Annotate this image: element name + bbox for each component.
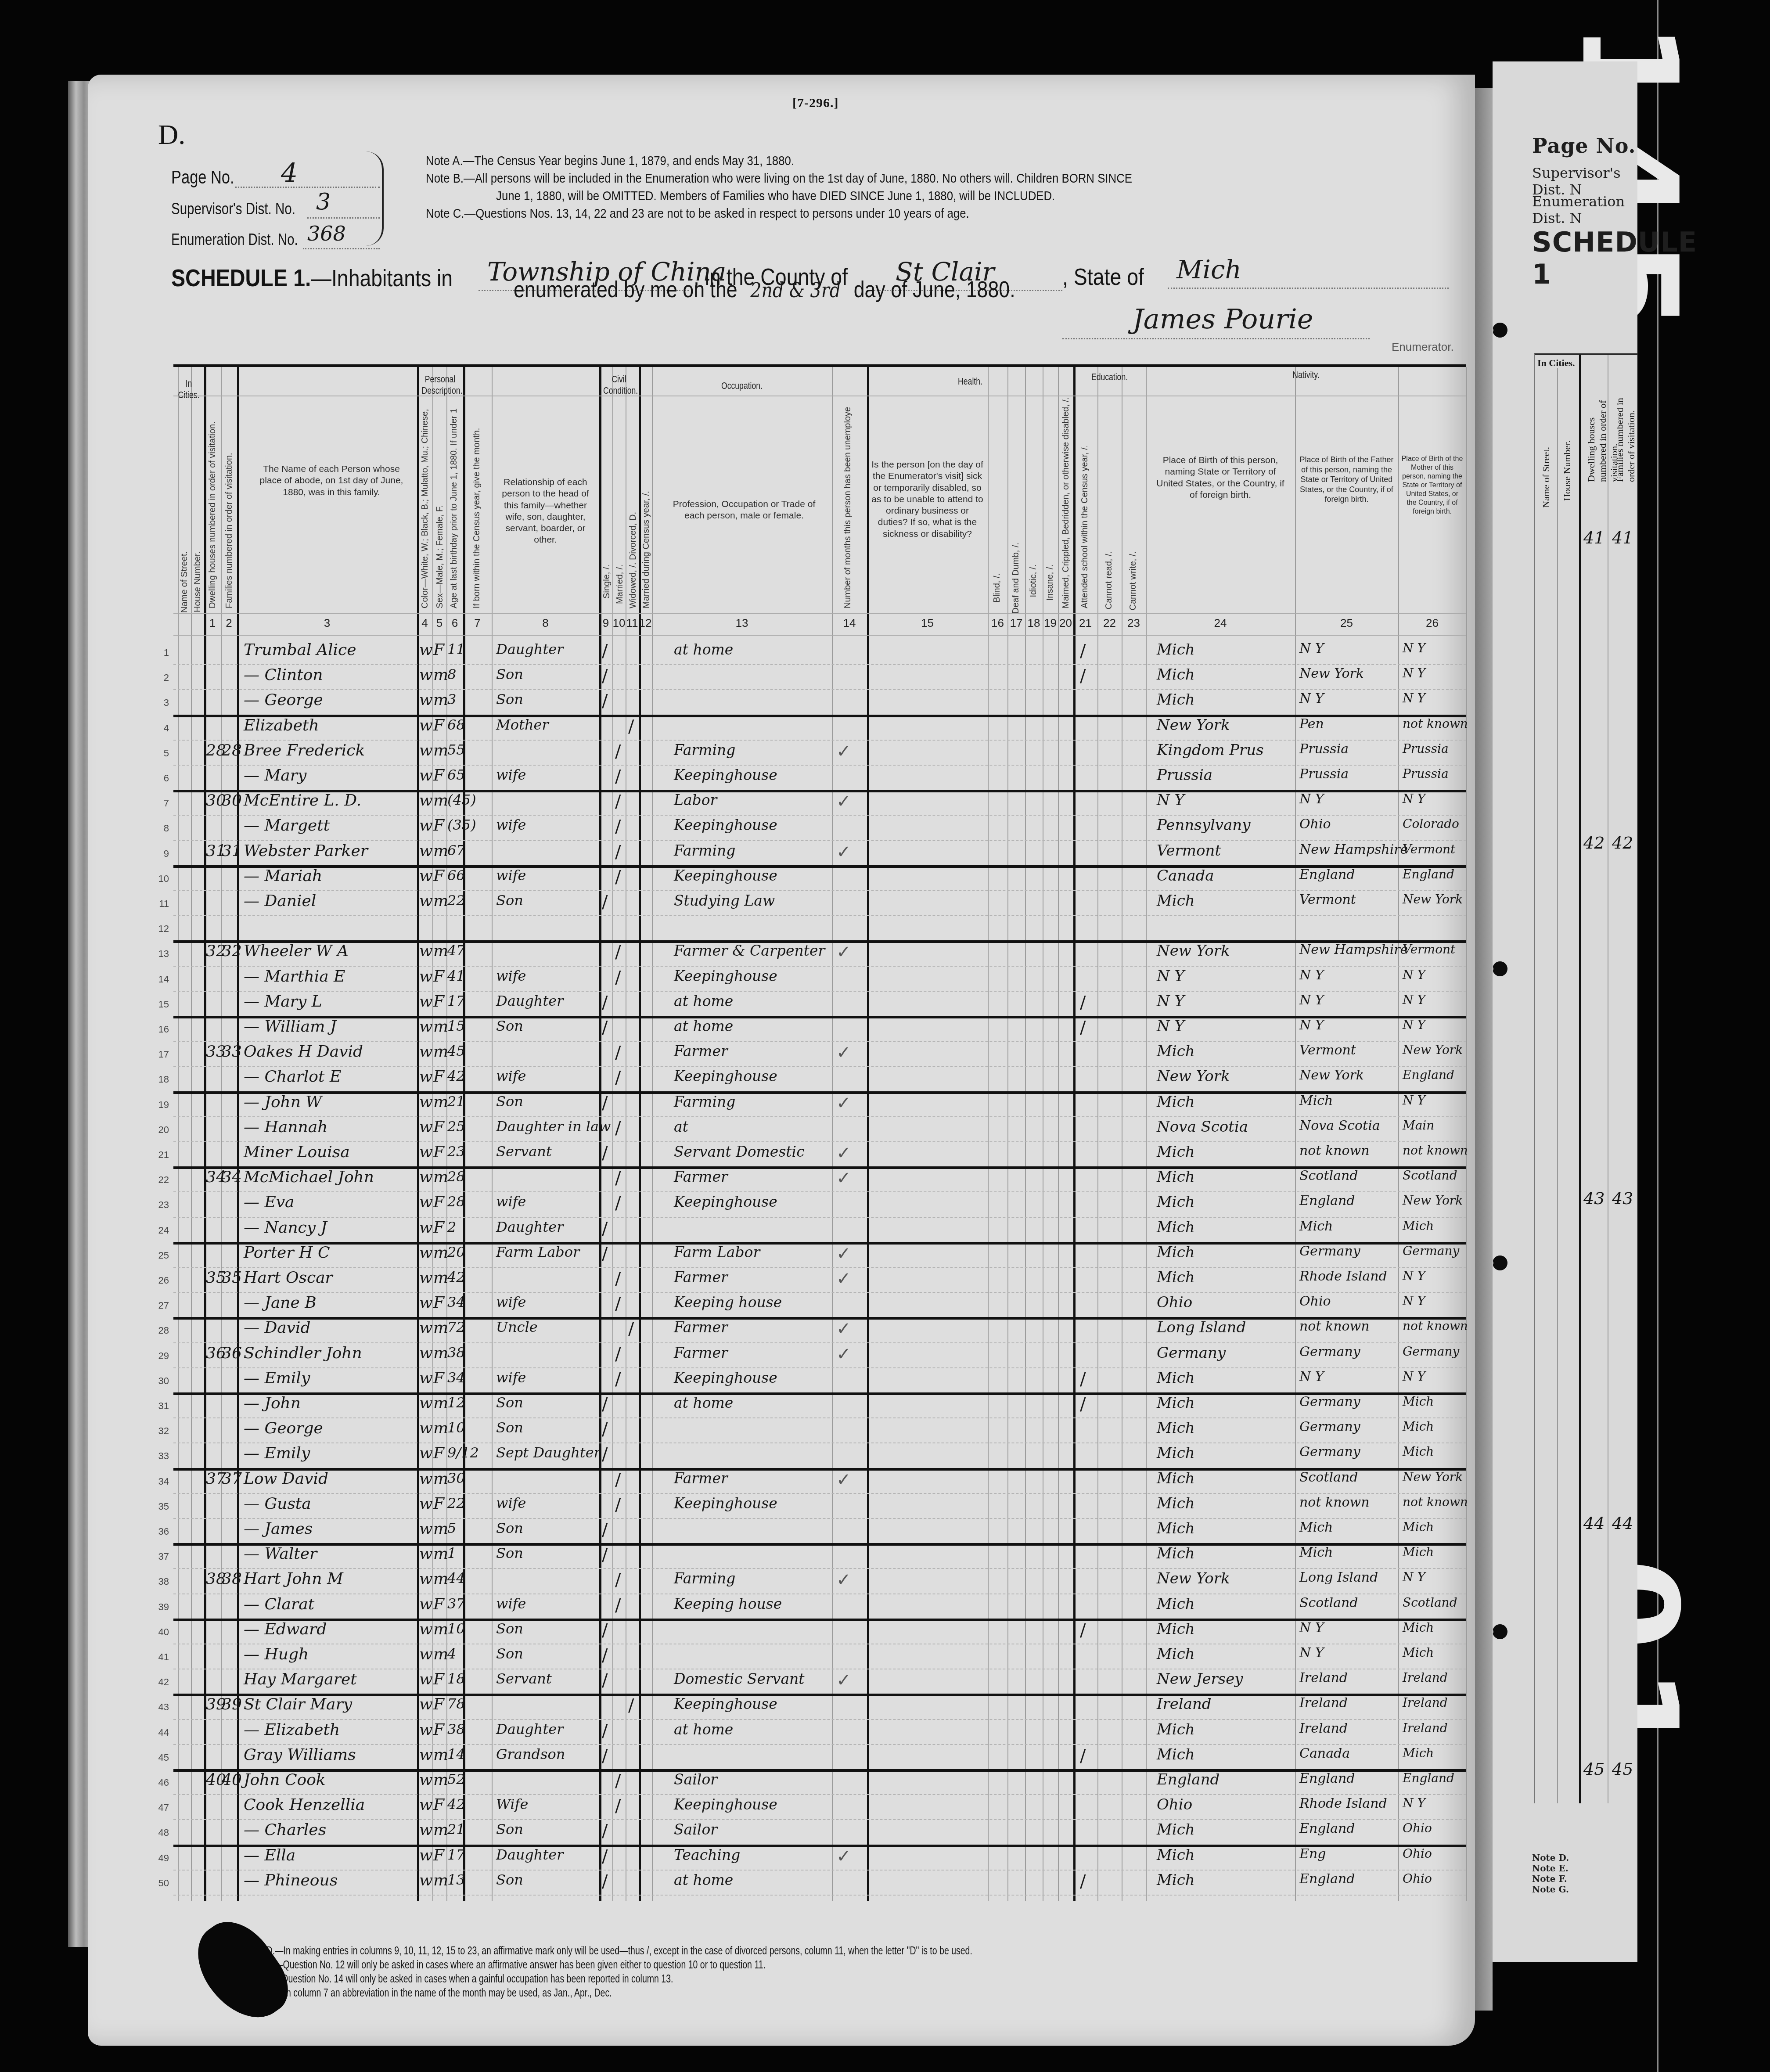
table-row: 45 Gray Williams w m 14 Grandson / / Mic… bbox=[173, 1744, 1466, 1770]
table-row: 33 — Emily w F 9/12 Sept Daughter / Mich… bbox=[173, 1442, 1466, 1468]
occupation: Keepinghouse bbox=[674, 1495, 777, 1512]
relationship: Uncle bbox=[496, 1319, 538, 1335]
row-number: 17 bbox=[154, 1049, 169, 1060]
father-birthplace: N Y bbox=[1299, 1369, 1324, 1385]
father-birthplace: Prussia bbox=[1299, 766, 1349, 782]
birthplace: Mich bbox=[1157, 1846, 1195, 1864]
color: w bbox=[419, 1369, 433, 1387]
mother-birthplace: not known bbox=[1403, 1319, 1468, 1333]
color: w bbox=[419, 1470, 433, 1488]
state-value: Mich bbox=[1176, 255, 1241, 284]
relationship: wife bbox=[496, 1193, 526, 1210]
age: 3 bbox=[447, 691, 456, 708]
father-birthplace: Germany bbox=[1299, 1419, 1360, 1435]
unemployed-check: ✓ bbox=[836, 1143, 851, 1163]
person-name: — George bbox=[244, 691, 323, 709]
father-birthplace: N Y bbox=[1299, 993, 1324, 1008]
age: 65 bbox=[447, 766, 465, 783]
married-mark: / bbox=[615, 766, 621, 787]
age: 12 bbox=[447, 1394, 465, 1411]
color: w bbox=[419, 1219, 433, 1237]
father-birthplace: New Hampshire bbox=[1299, 842, 1408, 857]
mother-birthplace: Mich bbox=[1403, 1746, 1434, 1760]
person-name: McEntire L. D. bbox=[244, 791, 361, 809]
occupation: Farmer bbox=[674, 1043, 728, 1060]
relationship: Son bbox=[496, 691, 523, 708]
age: 68 bbox=[447, 716, 465, 733]
father-birthplace: Prussia bbox=[1299, 741, 1349, 757]
relationship: Wife bbox=[496, 1796, 528, 1813]
mother-birthplace: Vermont bbox=[1403, 942, 1455, 957]
row-number: 45 bbox=[154, 1752, 169, 1763]
relationship: Son bbox=[496, 1520, 523, 1536]
unemployed-check: ✓ bbox=[836, 842, 851, 862]
birthplace: New Jersey bbox=[1157, 1670, 1243, 1688]
birthplace: Mich bbox=[1157, 1645, 1195, 1663]
enumeration-label: Enumeration Dist. No. bbox=[171, 230, 298, 249]
relationship: wife bbox=[496, 1595, 526, 1612]
table-row: 1 Trumbal Alice w F 11 Daughter / at hom… bbox=[173, 639, 1466, 665]
birthplace: Mich bbox=[1157, 1871, 1195, 1889]
widowed-mark: / bbox=[628, 1695, 634, 1716]
mother-birthplace: England bbox=[1403, 1068, 1454, 1082]
row-number: 35 bbox=[154, 1501, 169, 1512]
father-birthplace: Ireland bbox=[1299, 1721, 1348, 1736]
age: 22 bbox=[447, 892, 465, 909]
unemployed-check: ✓ bbox=[836, 1168, 851, 1188]
sex: F bbox=[433, 716, 444, 734]
relationship: Son bbox=[496, 1620, 523, 1637]
relationship: Son bbox=[496, 1018, 523, 1034]
age: 21 bbox=[447, 1821, 465, 1838]
school-mark: / bbox=[1080, 666, 1086, 686]
person-name: — Gusta bbox=[244, 1495, 311, 1513]
family-number: 32 bbox=[222, 942, 242, 960]
relationship: wife bbox=[496, 817, 526, 833]
sex: F bbox=[433, 641, 444, 659]
color: w bbox=[419, 1093, 433, 1111]
right-family-entry: 42 bbox=[1612, 833, 1633, 853]
sex: m bbox=[433, 791, 448, 809]
age: 21 bbox=[447, 1093, 465, 1110]
sex: F bbox=[433, 968, 444, 986]
occupation: at home bbox=[674, 641, 733, 658]
single-mark: / bbox=[602, 1394, 608, 1414]
mother-birthplace: New York bbox=[1403, 892, 1463, 906]
father-birthplace: England bbox=[1299, 1871, 1355, 1887]
col-1-dwelling: Dwelling houses numbered in order of vis… bbox=[208, 420, 218, 608]
note-a: Note A.—The Census Year begins June 1, 1… bbox=[426, 154, 794, 169]
mother-birthplace: New York bbox=[1403, 1193, 1463, 1208]
color: w bbox=[419, 1721, 433, 1739]
right-dwelling-entry: 45 bbox=[1583, 1759, 1605, 1779]
single-mark: / bbox=[602, 1645, 608, 1666]
occupation: Keeping house bbox=[674, 1294, 782, 1311]
unemployed-check: ✓ bbox=[836, 1570, 851, 1590]
single-mark: / bbox=[602, 1846, 608, 1867]
age: 18 bbox=[447, 1670, 465, 1687]
person-name: St Clair Mary bbox=[244, 1695, 352, 1713]
unemployed-check: ✓ bbox=[836, 1269, 851, 1289]
occupation: Sailor bbox=[674, 1771, 717, 1788]
father-birthplace: N Y bbox=[1299, 641, 1324, 656]
birthplace: Mich bbox=[1157, 1470, 1195, 1487]
birthplace: Mich bbox=[1157, 1168, 1195, 1186]
unemployed-check: ✓ bbox=[836, 1344, 851, 1364]
table-row: 14 — Marthia E w F 41 wife / Keepinghous… bbox=[173, 966, 1466, 991]
row-number: 38 bbox=[154, 1576, 169, 1587]
single-mark: / bbox=[602, 666, 608, 686]
family-number: 39 bbox=[222, 1695, 242, 1713]
person-name: — Edward bbox=[244, 1620, 327, 1638]
unemployed-check: ✓ bbox=[836, 1043, 851, 1063]
col-9-single: Single, /. bbox=[602, 565, 612, 599]
father-birthplace: N Y bbox=[1299, 1620, 1324, 1636]
unemployed-check: ✓ bbox=[836, 942, 851, 962]
table-row: 48 — Charles w m 21 Son / Sailor Mich En… bbox=[173, 1819, 1466, 1845]
birthplace: Mich bbox=[1157, 1419, 1195, 1437]
person-name: — John W bbox=[244, 1093, 322, 1111]
col-16-blind: Blind, /. bbox=[992, 573, 1002, 603]
mother-birthplace: New York bbox=[1403, 1470, 1463, 1484]
occupation: Farming bbox=[674, 1570, 735, 1587]
occupation: Keepinghouse bbox=[674, 1068, 777, 1085]
relationship: Son bbox=[496, 892, 523, 909]
occupation: Servant Domestic bbox=[674, 1143, 805, 1160]
age: 23 bbox=[447, 1143, 465, 1160]
sex: m bbox=[433, 1344, 448, 1362]
right-enumeration-label: Enumeration Dist. N bbox=[1532, 193, 1637, 227]
color: w bbox=[419, 1143, 433, 1161]
relationship: Daughter bbox=[496, 993, 564, 1009]
mother-birthplace: New York bbox=[1403, 1043, 1463, 1057]
widowed-mark: / bbox=[628, 1319, 634, 1339]
color: w bbox=[419, 1871, 433, 1889]
right-dwelling-entry: 43 bbox=[1583, 1189, 1605, 1208]
color: w bbox=[419, 666, 433, 684]
mother-birthplace: N Y bbox=[1403, 1369, 1425, 1384]
col-18-idiotic: Idiotic, /. bbox=[1029, 565, 1039, 597]
mother-birthplace: N Y bbox=[1403, 1093, 1425, 1108]
mother-birthplace: Germany bbox=[1403, 1244, 1459, 1258]
school-mark: / bbox=[1080, 993, 1086, 1013]
father-birthplace: Long Island bbox=[1299, 1570, 1378, 1585]
row-number: 29 bbox=[154, 1350, 169, 1362]
occupation: Keeping house bbox=[674, 1595, 782, 1612]
person-name: Low David bbox=[244, 1470, 328, 1488]
schedule-label: SCHEDULE 1. bbox=[171, 264, 311, 291]
row-number: 5 bbox=[154, 748, 169, 759]
single-mark: / bbox=[602, 1419, 608, 1439]
mother-birthplace: N Y bbox=[1403, 666, 1425, 680]
father-birthplace: New York bbox=[1299, 1068, 1364, 1083]
mother-birthplace: N Y bbox=[1403, 993, 1425, 1007]
table-row: 38 38 38 Hart John M w m 44 / Farming ✓ … bbox=[173, 1568, 1466, 1594]
married-mark: / bbox=[615, 1369, 621, 1389]
color: w bbox=[419, 942, 433, 960]
table-row: 43 39 39 St Clair Mary w F 78 / Keepingh… bbox=[173, 1694, 1466, 1719]
table-row: 27 — Jane B w F 34 wife / Keeping house … bbox=[173, 1292, 1466, 1317]
schedule-title: SCHEDULE 1.—Inhabitants in bbox=[171, 263, 453, 292]
row-number: 2 bbox=[154, 672, 169, 683]
mother-birthplace: Mich bbox=[1403, 1620, 1434, 1635]
occupation: at home bbox=[674, 993, 733, 1010]
right-page-no-label: Page No. bbox=[1532, 134, 1636, 158]
father-birthplace: England bbox=[1299, 1821, 1355, 1836]
person-name: Wheeler W A bbox=[244, 942, 349, 960]
age: 38 bbox=[447, 1344, 465, 1361]
married-mark: / bbox=[615, 1771, 621, 1791]
table-row: 23 — Eva w F 28 wife / Keepinghouse Mich… bbox=[173, 1191, 1466, 1217]
mother-birthplace: N Y bbox=[1403, 641, 1425, 655]
sex: m bbox=[433, 1746, 448, 1764]
occupation: at bbox=[674, 1118, 688, 1135]
birthplace: Mich bbox=[1157, 1746, 1195, 1763]
color: w bbox=[419, 1294, 433, 1312]
table-row: 24 — Nancy J w F 2 Daughter / Mich Mich … bbox=[173, 1217, 1466, 1242]
mother-birthplace: Main bbox=[1403, 1118, 1434, 1133]
mother-birthplace: Mich bbox=[1403, 1545, 1434, 1559]
table-row: 36 — James w m 5 Son / Mich Mich Mich bbox=[173, 1518, 1466, 1543]
age: 45 bbox=[447, 1043, 465, 1059]
occupation: Keepinghouse bbox=[674, 766, 777, 784]
sex: F bbox=[433, 817, 444, 835]
single-mark: / bbox=[602, 892, 608, 912]
father-birthplace: Mich bbox=[1299, 1219, 1333, 1234]
right-page-fragment: Page No. Supervisor's Dist. N Enumeratio… bbox=[1493, 61, 1637, 1962]
father-birthplace: Rhode Island bbox=[1299, 1269, 1387, 1284]
mother-birthplace: N Y bbox=[1403, 1796, 1425, 1810]
row-number: 46 bbox=[154, 1777, 169, 1788]
birthplace: Ohio bbox=[1157, 1294, 1192, 1311]
table-row: 13 32 32 Wheeler W A w m 47 / Farmer & C… bbox=[173, 940, 1466, 966]
sex: m bbox=[433, 1620, 448, 1638]
age: 72 bbox=[447, 1319, 465, 1335]
color: w bbox=[419, 1394, 433, 1412]
occupation: Keepinghouse bbox=[674, 867, 777, 884]
table-row: 19 — John W w m 21 Son / Farming ✓ Mich … bbox=[173, 1091, 1466, 1117]
col-24-birthplace: Place of Birth of this person, naming St… bbox=[1152, 455, 1288, 501]
mother-birthplace: Mich bbox=[1403, 1444, 1434, 1459]
person-name: Hart John M bbox=[244, 1570, 343, 1588]
age: 37 bbox=[447, 1595, 465, 1612]
right-dwelling-entry: 41 bbox=[1583, 528, 1605, 547]
birthplace: New York bbox=[1157, 1068, 1230, 1085]
row-number: 25 bbox=[154, 1250, 169, 1261]
table-row: 35 — Gusta w F 22 wife / Keepinghouse Mi… bbox=[173, 1493, 1466, 1518]
age: 55 bbox=[447, 741, 465, 758]
row-number: 30 bbox=[154, 1375, 169, 1387]
age: (45) bbox=[447, 791, 476, 808]
married-mark: / bbox=[615, 1495, 621, 1515]
col-26-mother-birthplace: Place of Birth of the Mother of this per… bbox=[1400, 455, 1464, 516]
mother-birthplace: Scotland bbox=[1403, 1168, 1457, 1183]
right-dwelling-entry: 44 bbox=[1583, 1514, 1605, 1533]
col-21-school: Attended school within the Census year, … bbox=[1080, 446, 1090, 608]
row-number: 6 bbox=[154, 773, 169, 784]
person-name: — Jane B bbox=[244, 1294, 317, 1312]
birthplace: N Y bbox=[1157, 1018, 1184, 1035]
family-number: 34 bbox=[222, 1168, 242, 1186]
right-street-header: Name of Street. bbox=[1540, 447, 1552, 508]
enumerator-signature: James Pourie bbox=[1133, 303, 1313, 335]
occupation: Farmer bbox=[674, 1168, 728, 1185]
person-name: — Mariah bbox=[244, 867, 322, 885]
age: 11 bbox=[447, 641, 465, 658]
table-row: 22 34 34 McMichael John w m 28 / Farmer … bbox=[173, 1166, 1466, 1192]
col-23-cannot-write: Cannot write, /. bbox=[1128, 551, 1138, 611]
binding-ring bbox=[1493, 323, 1507, 338]
father-birthplace: N Y bbox=[1299, 968, 1324, 983]
sex: F bbox=[433, 1695, 444, 1713]
birthplace: Mich bbox=[1157, 1444, 1195, 1462]
occupation: Farmer bbox=[674, 1269, 728, 1286]
father-birthplace: N Y bbox=[1299, 1645, 1324, 1661]
row-number: 37 bbox=[154, 1551, 169, 1562]
father-birthplace: Ohio bbox=[1299, 1294, 1331, 1309]
row-number: 9 bbox=[154, 848, 169, 860]
age: 1 bbox=[447, 1545, 456, 1561]
row-number: 40 bbox=[154, 1626, 169, 1638]
widowed-mark: / bbox=[628, 716, 634, 737]
age: 25 bbox=[447, 1118, 465, 1135]
occupation: at home bbox=[674, 1394, 733, 1411]
person-name: — Clarat bbox=[244, 1595, 314, 1613]
col-13-occupation: Profession, Occupation or Trade of each … bbox=[665, 499, 823, 522]
row-number: 3 bbox=[154, 697, 169, 709]
birthplace: Mich bbox=[1157, 1193, 1195, 1211]
age: (35) bbox=[447, 817, 476, 833]
father-birthplace: Ohio bbox=[1299, 817, 1331, 832]
color: w bbox=[419, 1821, 433, 1839]
birthplace: Mich bbox=[1157, 1043, 1195, 1060]
relationship: Mother bbox=[496, 716, 549, 733]
birthplace: New York bbox=[1157, 942, 1230, 960]
mother-birthplace: Ireland bbox=[1403, 1721, 1448, 1735]
sex: F bbox=[433, 1118, 444, 1136]
note-b: Note B.—All persons will be included in … bbox=[426, 171, 1132, 186]
married-mark: / bbox=[615, 1269, 621, 1289]
relationship: Grandson bbox=[496, 1746, 565, 1763]
row-number: 41 bbox=[154, 1651, 169, 1663]
person-name: Bree Frederick bbox=[244, 741, 365, 759]
father-birthplace: N Y bbox=[1299, 691, 1324, 706]
row-number: 4 bbox=[154, 723, 169, 734]
color: w bbox=[419, 1068, 433, 1086]
occupation: Farming bbox=[674, 1093, 735, 1110]
row-number: 49 bbox=[154, 1853, 169, 1864]
school-mark: / bbox=[1080, 641, 1086, 661]
father-birthplace: Mich bbox=[1299, 1520, 1333, 1535]
father-birthplace: Germany bbox=[1299, 1394, 1360, 1410]
birthplace: England bbox=[1157, 1771, 1220, 1788]
birthplace: Mich bbox=[1157, 892, 1195, 910]
family-number: 38 bbox=[222, 1570, 242, 1588]
age: 10 bbox=[447, 1419, 465, 1436]
relationship: Son bbox=[496, 1645, 523, 1662]
mother-birthplace: Mich bbox=[1403, 1520, 1434, 1534]
person-name: Porter H C bbox=[244, 1244, 330, 1262]
occupation: Farming bbox=[674, 741, 735, 759]
sex: m bbox=[433, 1419, 448, 1437]
family-number: 37 bbox=[222, 1470, 242, 1488]
birthplace: Mich bbox=[1157, 1143, 1195, 1161]
birthplace: Mich bbox=[1157, 1595, 1195, 1613]
person-name: Hay Margaret bbox=[244, 1670, 357, 1688]
table-row: 49 — Ella w F 17 Daughter / Teaching ✓ M… bbox=[173, 1845, 1466, 1870]
mother-birthplace: Mich bbox=[1403, 1645, 1434, 1660]
table-row: 41 — Hugh w m 4 Son / Mich N Y Mich bbox=[173, 1644, 1466, 1669]
age: 14 bbox=[447, 1746, 465, 1763]
sex: m bbox=[433, 741, 448, 759]
row-number: 18 bbox=[154, 1074, 169, 1085]
col-20-maimed: Maimed, Crippled, Bedridden, or otherwis… bbox=[1061, 398, 1071, 608]
sex: m bbox=[433, 1018, 448, 1036]
mother-birthplace: Ireland bbox=[1403, 1670, 1448, 1685]
group-civil-condition: Civil Condition. bbox=[603, 374, 635, 396]
row-number: 47 bbox=[154, 1802, 169, 1813]
page-no-value: 4 bbox=[281, 158, 298, 189]
sex: F bbox=[433, 993, 444, 1011]
col-8-relationship: Relationship of each person to the head … bbox=[496, 477, 595, 546]
note-c: Note C.—Questions Nos. 13, 14, 22 and 23… bbox=[426, 206, 969, 221]
person-name: — David bbox=[244, 1319, 311, 1337]
color: w bbox=[419, 716, 433, 734]
table-row: 42 Hay Margaret w F 18 Servant / Domesti… bbox=[173, 1669, 1466, 1694]
unemployed-check: ✓ bbox=[836, 1470, 851, 1490]
color: w bbox=[419, 1419, 433, 1437]
color: w bbox=[419, 1695, 433, 1713]
color: w bbox=[419, 1796, 433, 1814]
row-number: 7 bbox=[154, 798, 169, 809]
father-birthplace: Scotland bbox=[1299, 1595, 1358, 1611]
sex: m bbox=[433, 1043, 448, 1061]
group-education: Education. bbox=[1081, 371, 1139, 383]
occupation: Keepinghouse bbox=[674, 1695, 777, 1712]
row-number: 1 bbox=[154, 647, 169, 658]
sex: m bbox=[433, 1319, 448, 1337]
married-mark: / bbox=[615, 867, 621, 887]
person-name: Oakes H David bbox=[244, 1043, 363, 1061]
person-name: — Mary L bbox=[244, 993, 322, 1011]
col-12-married-census-year: Married during Census year, /. bbox=[641, 477, 651, 608]
single-mark: / bbox=[602, 993, 608, 1013]
color: w bbox=[419, 1018, 433, 1036]
single-mark: / bbox=[602, 1244, 608, 1264]
sex: m bbox=[433, 1093, 448, 1111]
state-label: , State of bbox=[1062, 263, 1144, 291]
note-f: Note F.—Question No. 14 will only be ask… bbox=[246, 1973, 673, 1986]
birthplace: Ireland bbox=[1157, 1695, 1212, 1713]
person-name: — Ella bbox=[244, 1846, 295, 1864]
relationship: Daughter bbox=[496, 641, 564, 658]
school-mark: / bbox=[1080, 1369, 1086, 1389]
color: w bbox=[419, 993, 433, 1011]
table-row: 44 — Elizabeth w F 38 Daughter / at home… bbox=[173, 1719, 1466, 1745]
married-mark: / bbox=[615, 1294, 621, 1314]
binding-ring bbox=[1493, 1624, 1507, 1639]
color: w bbox=[419, 1570, 433, 1588]
census-table: In Cities. Personal Description. Civil C… bbox=[173, 364, 1466, 1901]
occupation: Studying Law bbox=[674, 892, 775, 909]
occupation: Domestic Servant bbox=[674, 1670, 805, 1687]
sex: F bbox=[433, 1369, 444, 1387]
relationship: wife bbox=[496, 1068, 526, 1084]
table-row: 8 — Margett w F (35) wife / Keepinghouse… bbox=[173, 815, 1466, 840]
sex: m bbox=[433, 1470, 448, 1488]
binding-ring bbox=[1493, 1255, 1507, 1270]
table-row: 17 33 33 Oakes H David w m 45 / Farmer ✓… bbox=[173, 1041, 1466, 1066]
